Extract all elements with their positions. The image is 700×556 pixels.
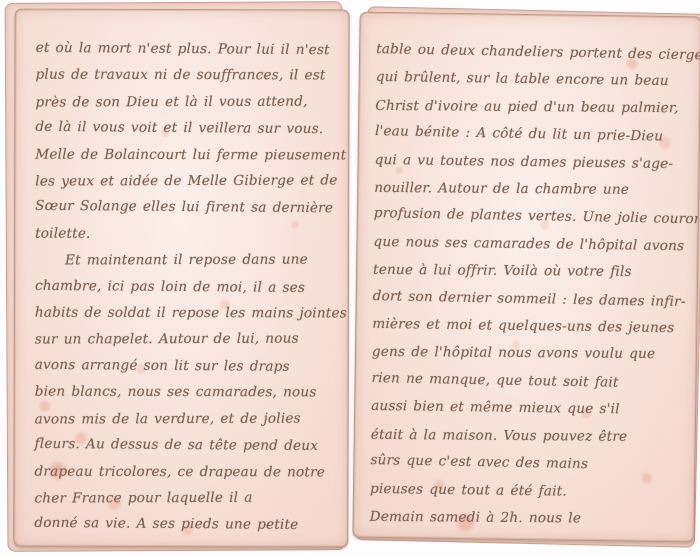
handwritten-line: bien blancs, nous ses camarades, nous	[35, 379, 338, 406]
handwritten-line: les yeux et aidée de Melle Gibierge et d…	[35, 168, 338, 195]
handwritten-line: plus de travaux ni de souffrances, il es…	[35, 62, 338, 89]
left-page-text: et où la mort n'est plus. Pour lui il n'…	[14, 10, 348, 547]
handwritten-line: rien ne manque, que tout soit fait	[371, 365, 687, 398]
left-page: et où la mort n'est plus. Pour lui il n'…	[13, 9, 349, 548]
handwritten-line: que nous ses camarades de l'hôpital avon…	[373, 229, 689, 261]
handwritten-line: dort son dernier sommeil : les dames inf…	[372, 283, 688, 316]
handwritten-line: drapeau tricolores, ce drapeau de notre	[34, 458, 337, 485]
handwritten-line: Sœur Solange elles lui firent sa dernièr…	[35, 193, 338, 222]
handwritten-line: qui brûlent, sur la table encore un beau	[376, 64, 692, 96]
handwritten-line: habits de soldat il repose les mains joi…	[35, 300, 338, 327]
handwritten-line: cher France pour laquelle il a	[34, 484, 337, 511]
handwritten-line: chambre, ici pas loin de moi, il a ses	[35, 272, 338, 301]
right-page: table ou deux chandeliers portent des ci…	[352, 12, 700, 543]
handwritten-line: de là il vous voit et il veillera sur vo…	[35, 114, 338, 143]
handwritten-line: Demain samedi à 2h. nous le	[370, 504, 686, 534]
handwritten-line: pieuses que tout a été fait.	[370, 475, 686, 507]
handwritten-line: sur un chapelet. Autour de lui, nous	[35, 326, 338, 353]
handwritten-line: Et maintenant il repose dans une	[35, 247, 338, 274]
handwritten-line: toilette.	[35, 220, 338, 247]
handwritten-line: gens de l'hôpital nous avons voulu que	[372, 339, 688, 369]
handwritten-line: Melle de Bolaincourt lui ferme pieusemen…	[35, 141, 338, 168]
handwritten-line: fleurs. Au dessus de sa tête pend deux	[34, 431, 337, 460]
handwritten-line: donné sa vie. A ses pieds une petite	[34, 510, 337, 539]
right-page-text: table ou deux chandeliers portent des ci…	[353, 13, 700, 542]
handwritten-line: et où la mort n'est plus. Pour lui il n'…	[35, 35, 338, 64]
handwritten-line: avons arrangé son lit sur les draps	[35, 352, 338, 381]
handwritten-line: aussi bien et même mieux que s'il	[371, 393, 687, 425]
handwritten-line: était à la maison. Vous pouvez être	[371, 421, 687, 451]
handwritten-line: qui a vu toutes nos dames pieuses s'age-	[374, 146, 690, 178]
letter-scan: et où la mort n'est plus. Pour lui il n'…	[0, 0, 700, 556]
handwritten-line: tenue à lui offrir. Voilà où votre fils	[373, 257, 689, 287]
handwritten-line: avons mis de la verdure, et de jolies	[35, 405, 338, 432]
handwritten-line: mières et moi et quelques-uns des jeunes	[372, 311, 688, 343]
handwritten-line: près de son Dieu et là il vous attend,	[35, 88, 338, 115]
